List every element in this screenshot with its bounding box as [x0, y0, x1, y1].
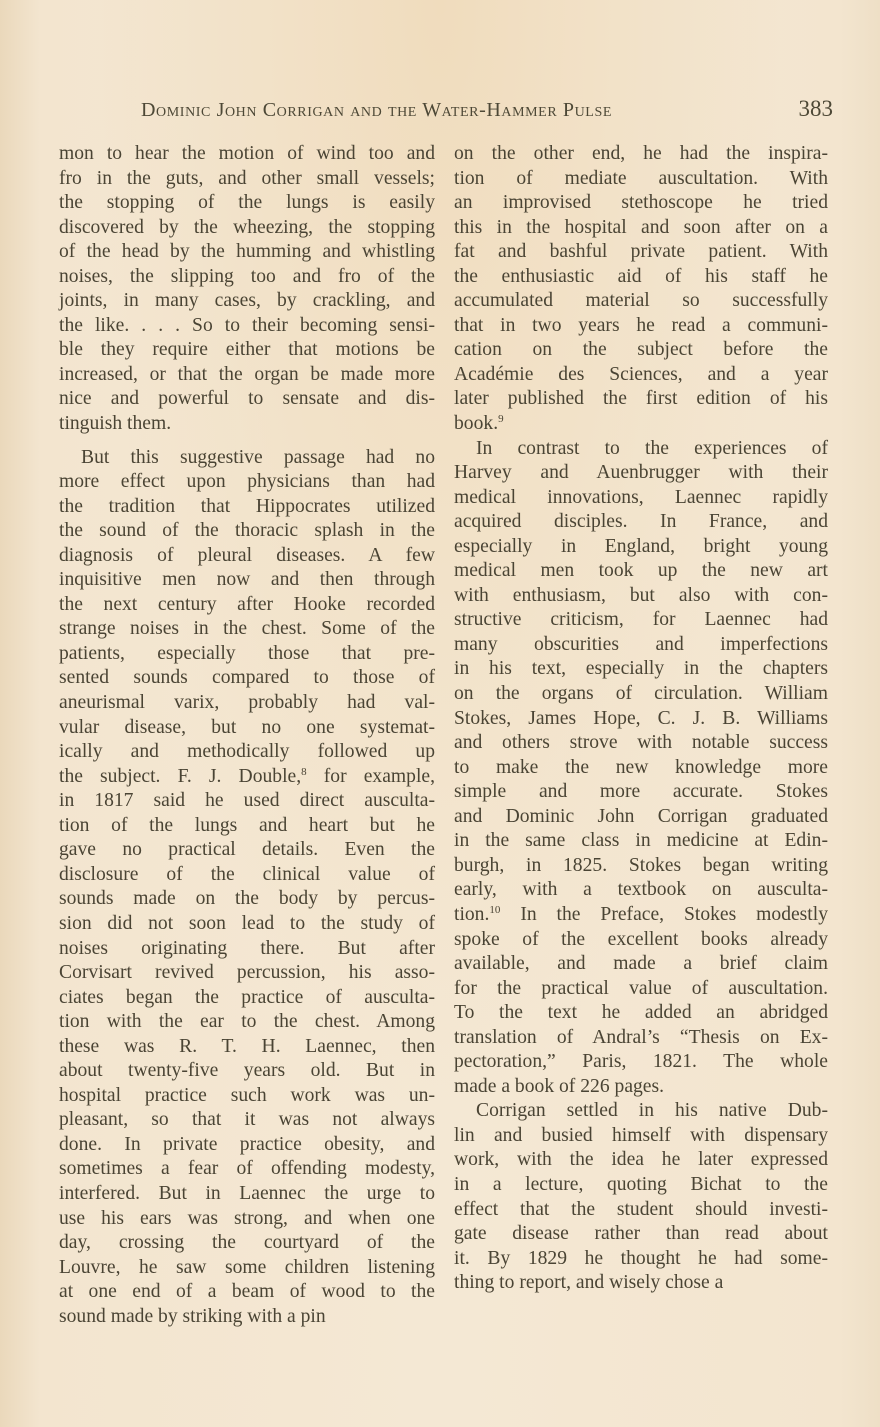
left-column: mon to hear the motion of wind too andfr…	[59, 142, 435, 1329]
text-line: noises, the slipping too and fro of the	[59, 265, 435, 290]
text-line: sometimes a fear of offending modesty,	[59, 1157, 435, 1182]
text-line: the next century after Hooke recorded	[59, 593, 435, 618]
text-line: ically and methodically followed up	[59, 740, 435, 765]
text-line: translation of Andral’s “Thesis on Ex-	[454, 1026, 828, 1051]
text-line: of the head by the humming and whistling	[59, 240, 435, 265]
text-line: noises originating there. But after	[59, 937, 435, 962]
text-line: tion of the lungs and heart but he	[59, 814, 435, 839]
text-line: pleasant, so that it was not always	[59, 1108, 435, 1133]
text-line: To the text he added an abridged	[454, 1001, 828, 1026]
text-line: available, and made a brief claim	[454, 952, 828, 977]
page-number: 383	[799, 96, 834, 122]
text-line: tion of mediate auscultation. With	[454, 167, 828, 192]
text-line: the tradition that Hippocrates utilized	[59, 495, 435, 520]
text-line: pectoration,” Paris, 1821. The whole	[454, 1050, 828, 1075]
paragraph: But this suggestive passage had nomore e…	[59, 446, 435, 1330]
text-line: in the same class in medicine at Edin-	[454, 829, 828, 854]
text-line: that in two years he read a communi-	[454, 314, 828, 339]
text-line: early, with a textbook on ausculta-	[454, 878, 828, 903]
text-line: it. By 1829 he thought he had some-	[454, 1247, 828, 1272]
text-line: tion.10 In the Preface, Stokes modestly	[454, 903, 828, 928]
text-line: aneurismal varix, probably had val-	[59, 691, 435, 716]
text-line: accumulated material so successfully	[454, 289, 828, 314]
text-line: sounds made on the body by percus-	[59, 887, 435, 912]
text-line: to make the new knowledge more	[454, 756, 828, 781]
text-line: these was R. T. H. Laennec, then	[59, 1035, 435, 1060]
text-line: discovered by the wheezing, the stopping	[59, 216, 435, 241]
text-line: with enthusiasm, but also with con-	[454, 584, 828, 609]
text-line: more effect upon physicians than had	[59, 470, 435, 495]
text-line: vular disease, but no one systemat-	[59, 716, 435, 741]
text-line: for the practical value of auscultation.	[454, 977, 828, 1002]
text-line: day, crossing the courtyard of the	[59, 1231, 435, 1256]
text-line: at one end of a beam of wood to the	[59, 1280, 435, 1305]
text-line: burgh, in 1825. Stokes began writing	[454, 854, 828, 879]
text-line: in his text, especially in the chapters	[454, 657, 828, 682]
text-line: effect that the student should investi-	[454, 1198, 828, 1223]
text-line: about twenty-five years old. But in	[59, 1059, 435, 1084]
text-line: gave no practical details. Even the	[59, 838, 435, 863]
text-line: many obscurities and imperfections	[454, 633, 828, 658]
text-line: the stopping of the lungs is easily	[59, 191, 435, 216]
footnote-reference[interactable]: 9	[498, 413, 504, 425]
paragraph: In contrast to the experiences ofHarvey …	[454, 437, 828, 1100]
text-line: fat and bashful private patient. With	[454, 240, 828, 265]
text-line: done. In private practice obesity, and	[59, 1133, 435, 1158]
running-title: Dominic John Corrigan and the Water-Hamm…	[141, 99, 612, 122]
footnote-reference[interactable]: 10	[489, 904, 500, 916]
text-line: Stokes, James Hope, C. J. B. Williams	[454, 707, 828, 732]
text-line: inquisitive men now and then through	[59, 568, 435, 593]
text-line: Corvisart revived percussion, his asso-	[59, 961, 435, 986]
text-line: But this suggestive passage had no	[59, 446, 435, 471]
text-line: joints, in many cases, by crackling, and	[59, 289, 435, 314]
text-line: in 1817 said he used direct ausculta-	[59, 789, 435, 814]
text-line: and others strove with notable success	[454, 731, 828, 756]
text-line: nice and powerful to sensate and dis-	[59, 387, 435, 412]
text-line: acquired disciples. In France, and	[454, 510, 828, 535]
text-line: interfered. But in Laennec the urge to	[59, 1182, 435, 1207]
text-line: especially in England, bright young	[454, 535, 828, 560]
text-line: gate disease rather than read about	[454, 1222, 828, 1247]
text-line: thing to report, and wisely chose a	[454, 1271, 828, 1296]
paragraph-gap	[59, 437, 435, 446]
text-line: Corrigan settled in his native Dub-	[454, 1099, 828, 1124]
text-line: the like. . . . So to their becoming sen…	[59, 314, 435, 339]
paragraph: Corrigan settled in his native Dub-lin a…	[454, 1099, 828, 1295]
text-line: the enthusiastic aid of his staff he	[454, 265, 828, 290]
text-line: Académie des Sciences, and a year	[454, 363, 828, 388]
text-line: simple and more accurate. Stokes	[454, 780, 828, 805]
text-line: on the organs of circulation. William	[454, 682, 828, 707]
text-line: tinguish them.	[59, 412, 435, 437]
text-line: sound made by striking with a pin	[59, 1305, 435, 1330]
text-line: on the other end, he had the inspira-	[454, 142, 828, 167]
text-line: the subject. F. J. Double,8 for example,	[59, 765, 435, 790]
text-line: lin and busied himself with dispensary	[454, 1124, 828, 1149]
right-column: on the other end, he had the inspira-tio…	[454, 142, 828, 1296]
text-line: use his ears was strong, and when one	[59, 1207, 435, 1232]
book-page: Dominic John Corrigan and the Water-Hamm…	[0, 0, 880, 1427]
text-line: this in the hospital and soon after on a	[454, 216, 828, 241]
text-line: made a book of 226 pages.	[454, 1075, 828, 1100]
text-line: Harvey and Auenbrugger with their	[454, 461, 828, 486]
text-line: hospital practice such work was un-	[59, 1084, 435, 1109]
text-line: sented sounds compared to those of	[59, 666, 435, 691]
text-line: Louvre, he saw some children listening	[59, 1256, 435, 1281]
text-line: medical innovations, Laennec rapidly	[454, 486, 828, 511]
text-line: mon to hear the motion of wind too and	[59, 142, 435, 167]
text-line: in a lecture, quoting Bichat to the	[454, 1173, 828, 1198]
text-line: disclosure of the clinical value of	[59, 863, 435, 888]
text-line: fro in the guts, and other small vessels…	[59, 167, 435, 192]
text-line: sion did not soon lead to the study of	[59, 912, 435, 937]
text-line: and Dominic John Corrigan graduated	[454, 805, 828, 830]
text-line: ciates began the practice of ausculta-	[59, 986, 435, 1011]
text-line: cation on the subject before the	[454, 338, 828, 363]
text-line: patients, especially those that pre-	[59, 642, 435, 667]
text-line: later published the first edition of his	[454, 387, 828, 412]
text-line: ble they require either that motions be	[59, 338, 435, 363]
running-head: Dominic John Corrigan and the Water-Hamm…	[141, 96, 833, 126]
text-line: increased, or that the organ be made mor…	[59, 363, 435, 388]
text-line: structive criticism, for Laennec had	[454, 608, 828, 633]
text-line: In contrast to the experiences of	[454, 437, 828, 462]
text-line: spoke of the excellent books already	[454, 928, 828, 953]
text-line: medical men took up the new art	[454, 559, 828, 584]
text-line: an improvised stethoscope he tried	[454, 191, 828, 216]
footnote-reference[interactable]: 8	[301, 766, 307, 778]
text-line: strange noises in the chest. Some of the	[59, 617, 435, 642]
text-line: book.9	[454, 412, 828, 437]
paragraph: on the other end, he had the inspira-tio…	[454, 142, 828, 437]
text-line: the sound of the thoracic splash in the	[59, 519, 435, 544]
text-line: diagnosis of pleural diseases. A few	[59, 544, 435, 569]
paragraph: mon to hear the motion of wind too andfr…	[59, 142, 435, 437]
text-line: tion with the ear to the chest. Among	[59, 1010, 435, 1035]
text-line: work, with the idea he later expressed	[454, 1148, 828, 1173]
